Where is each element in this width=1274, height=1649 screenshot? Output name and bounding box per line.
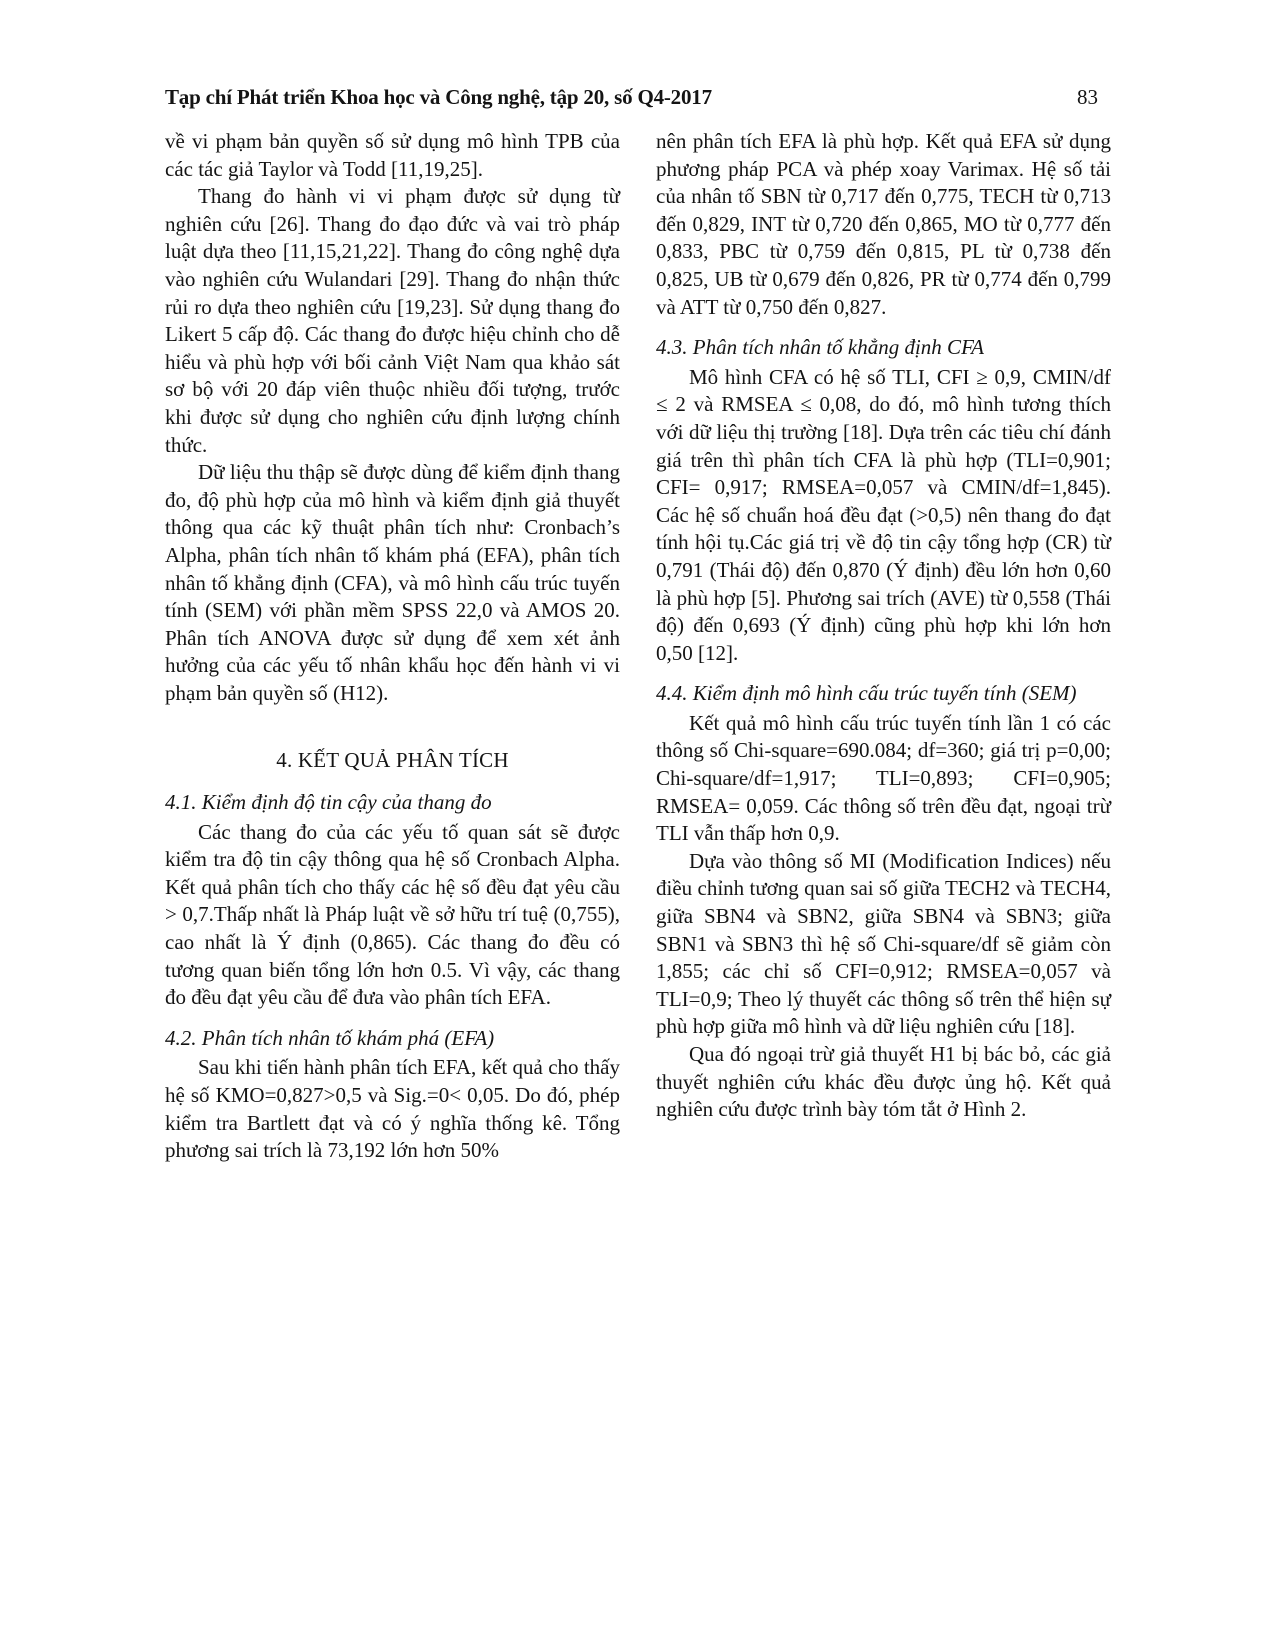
body-paragraph: Kết quả mô hình cấu trúc tuyến tính lần … (656, 710, 1111, 848)
section-heading: 4. KẾT QUẢ PHÂN TÍCH (165, 747, 620, 775)
right-column: nên phân tích EFA là phù hợp. Kết quả EF… (656, 128, 1111, 1165)
article-body: về vi phạm bản quyền số sử dụng mô hình … (165, 128, 1111, 1165)
body-paragraph: nên phân tích EFA là phù hợp. Kết quả EF… (656, 128, 1111, 321)
subheading: 4.2. Phân tích nhân tố khám phá (EFA) (165, 1025, 620, 1053)
subheading: 4.1. Kiểm định độ tin cậy của thang đo (165, 789, 620, 817)
subheading: 4.3. Phân tích nhân tố khẳng định CFA (656, 334, 1111, 362)
body-paragraph: Mô hình CFA có hệ số TLI, CFI ≥ 0,9, CMI… (656, 364, 1111, 668)
paper-page: Tạp chí Phát triển Khoa học và Công nghệ… (0, 0, 1274, 1649)
subheading: 4.4. Kiểm định mô hình cấu trúc tuyến tí… (656, 680, 1111, 708)
body-paragraph: Dựa vào thông số MI (Modification Indice… (656, 848, 1111, 1041)
body-paragraph: Qua đó ngoại trừ giả thuyết H1 bị bác bỏ… (656, 1041, 1111, 1124)
left-column: về vi phạm bản quyền số sử dụng mô hình … (165, 128, 620, 1165)
body-paragraph: Dữ liệu thu thập sẽ được dùng để kiểm đị… (165, 459, 620, 707)
body-paragraph: Các thang đo của các yếu tố quan sát sẽ … (165, 819, 620, 1012)
page-number: 83 (1077, 84, 1098, 110)
body-paragraph: về vi phạm bản quyền số sử dụng mô hình … (165, 128, 620, 183)
body-paragraph: Thang đo hành vi vi phạm được sử dụng từ… (165, 183, 620, 459)
page-header: Tạp chí Phát triển Khoa học và Công nghệ… (165, 84, 1098, 110)
body-paragraph: Sau khi tiến hành phân tích EFA, kết quả… (165, 1054, 620, 1164)
journal-title: Tạp chí Phát triển Khoa học và Công nghệ… (165, 84, 712, 110)
